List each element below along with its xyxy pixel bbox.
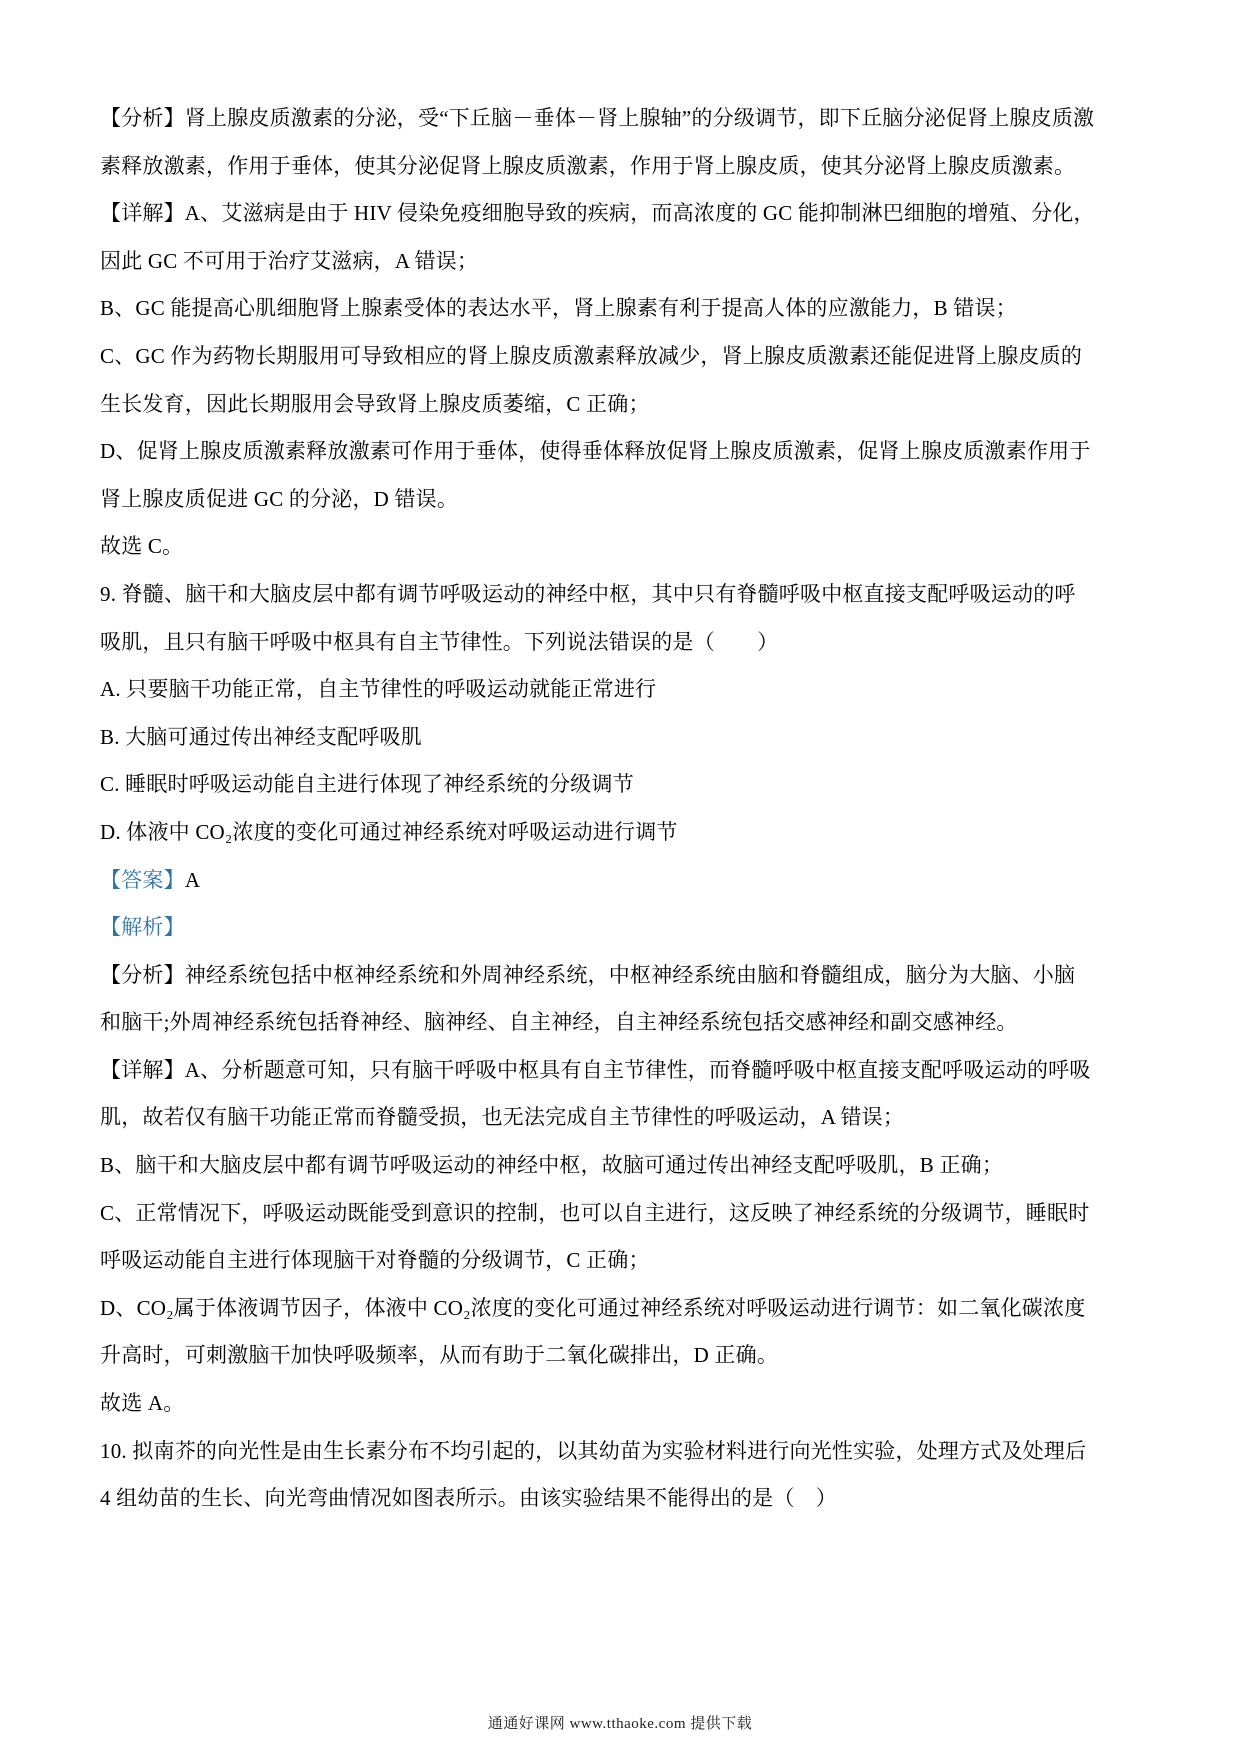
document-body: 【分析】肾上腺皮质激素的分泌，受“下丘脑－垂体－肾上腺轴”的分级调节，即下丘脑分… <box>100 95 1160 1523</box>
document-line: D. 体液中 CO₂浓度的变化可通过神经系统对呼吸运动进行调节 <box>100 809 1160 857</box>
document-line: B、脑干和大脑皮层中都有调节呼吸运动的神经中枢，故脑可通过传出神经支配呼吸肌，B… <box>100 1142 1160 1190</box>
document-line: 呼吸运动能自主进行体现脑干对脊髓的分级调节，C 正确； <box>100 1237 1160 1285</box>
line-text: 肾上腺皮质促进 GC 的分泌，D 错误。 <box>100 487 458 511</box>
document-line: 【答案】A <box>100 857 1160 905</box>
document-line: 【解析】 <box>100 904 1160 952</box>
line-text: D、促肾上腺皮质激素释放激素可作用于垂体，使得垂体释放促肾上腺皮质激素，促肾上腺… <box>100 439 1091 463</box>
line-text: B、脑干和大脑皮层中都有调节呼吸运动的神经中枢，故脑可通过传出神经支配呼吸肌，B… <box>100 1153 1003 1177</box>
document-line: 肌，故若仅有脑干功能正常而脊髓受损，也无法完成自主节律性的呼吸运动，A 错误； <box>100 1094 1160 1142</box>
document-line: 故选 C。 <box>100 523 1160 571</box>
line-text: A <box>185 868 200 892</box>
line-text: 和脑干;外周神经系统包括脊神经、脑神经、自主神经，自主神经系统包括交感神经和副交… <box>100 1010 1018 1034</box>
document-line: 素释放激素，作用于垂体，使其分泌促肾上腺皮质激素，作用于肾上腺皮质，使其分泌肾上… <box>100 143 1160 191</box>
line-text: C. 睡眠时呼吸运动能自主进行体现了神经系统的分级调节 <box>100 772 634 796</box>
line-text: 【详解】A、艾滋病是由于 HIV 侵染免疫细胞导致的疾病，而高浓度的 GC 能抑… <box>100 201 1095 225</box>
line-text: D、CO₂属于体液调节因子，体液中 CO₂浓度的变化可通过神经系统对呼吸运动进行… <box>100 1296 1085 1320</box>
document-line: 【详解】A、艾滋病是由于 HIV 侵染免疫细胞导致的疾病，而高浓度的 GC 能抑… <box>100 190 1160 238</box>
line-text: 9. 脊髓、脑干和大脑皮层中都有调节呼吸运动的神经中枢，其中只有脊髓呼吸中枢直接… <box>100 582 1076 606</box>
document-line: B、GC 能提高心肌细胞肾上腺素受体的表达水平，肾上腺素有利于提高人体的应激能力… <box>100 285 1160 333</box>
answer-label: 【答案】 <box>100 868 185 892</box>
line-text: 故选 C。 <box>100 534 183 558</box>
document-line: D、CO₂属于体液调节因子，体液中 CO₂浓度的变化可通过神经系统对呼吸运动进行… <box>100 1285 1160 1333</box>
line-text: B. 大脑可通过传出神经支配呼吸肌 <box>100 725 422 749</box>
line-text: 【分析】肾上腺皮质激素的分泌，受“下丘脑－垂体－肾上腺轴”的分级调节，即下丘脑分… <box>100 106 1094 130</box>
line-text: B、GC 能提高心肌细胞肾上腺素受体的表达水平，肾上腺素有利于提高人体的应激能力… <box>100 296 1017 320</box>
document-line: C、GC 作为药物长期服用可导致相应的肾上腺皮质激素释放减少，肾上腺皮质激素还能… <box>100 333 1160 381</box>
document-line: 【详解】A、分析题意可知，只有脑干呼吸中枢具有自主节律性，而脊髓呼吸中枢直接支配… <box>100 1047 1160 1095</box>
line-text: 【分析】神经系统包括中枢神经系统和外周神经系统，中枢神经系统由脑和脊髓组成，脑分… <box>100 963 1075 987</box>
document-line: D、促肾上腺皮质激素释放激素可作用于垂体，使得垂体释放促肾上腺皮质激素，促肾上腺… <box>100 428 1160 476</box>
document-line: C. 睡眠时呼吸运动能自主进行体现了神经系统的分级调节 <box>100 761 1160 809</box>
document-line: 肾上腺皮质促进 GC 的分泌，D 错误。 <box>100 476 1160 524</box>
document-line: 【分析】肾上腺皮质激素的分泌，受“下丘脑－垂体－肾上腺轴”的分级调节，即下丘脑分… <box>100 95 1160 143</box>
line-text: 生长发育，因此长期服用会导致肾上腺皮质萎缩，C 正确； <box>100 392 650 416</box>
line-text: 素释放激素，作用于垂体，使其分泌促肾上腺皮质激素，作用于肾上腺皮质，使其分泌肾上… <box>100 154 1075 178</box>
line-text: D. 体液中 CO₂浓度的变化可通过神经系统对呼吸运动进行调节 <box>100 820 678 844</box>
line-text: 【详解】A、分析题意可知，只有脑干呼吸中枢具有自主节律性，而脊髓呼吸中枢直接支配… <box>100 1058 1091 1082</box>
line-text: C、正常情况下，呼吸运动既能受到意识的控制，也可以自主进行，这反映了神经系统的分… <box>100 1201 1089 1225</box>
line-text: 吸肌，且只有脑干呼吸中枢具有自主节律性。下列说法错误的是（ ） <box>100 630 778 654</box>
document-line: 升高时，可刺激脑干加快呼吸频率，从而有助于二氧化碳排出，D 正确。 <box>100 1332 1160 1380</box>
document-line: 9. 脊髓、脑干和大脑皮层中都有调节呼吸运动的神经中枢，其中只有脊髓呼吸中枢直接… <box>100 571 1160 619</box>
document-line: 故选 A。 <box>100 1380 1160 1428</box>
document-line: C、正常情况下，呼吸运动既能受到意识的控制，也可以自主进行，这反映了神经系统的分… <box>100 1190 1160 1238</box>
line-text: 升高时，可刺激脑干加快呼吸频率，从而有助于二氧化碳排出，D 正确。 <box>100 1343 778 1367</box>
document-line: 10. 拟南芥的向光性是由生长素分布不均引起的，以其幼苗为实验材料进行向光性实验… <box>100 1428 1160 1476</box>
document-line: 生长发育，因此长期服用会导致肾上腺皮质萎缩，C 正确； <box>100 381 1160 429</box>
document-line: 【分析】神经系统包括中枢神经系统和外周神经系统，中枢神经系统由脑和脊髓组成，脑分… <box>100 952 1160 1000</box>
page-footer: 通通好课网 www.tthaoke.com 提供下载 <box>0 1712 1240 1733</box>
document-page: 【分析】肾上腺皮质激素的分泌，受“下丘脑－垂体－肾上腺轴”的分级调节，即下丘脑分… <box>0 0 1240 1754</box>
line-text: C、GC 作为药物长期服用可导致相应的肾上腺皮质激素释放减少，肾上腺皮质激素还能… <box>100 344 1082 368</box>
answer-label: 【解析】 <box>100 915 185 939</box>
line-text: 故选 A。 <box>100 1391 184 1415</box>
line-text: A. 只要脑干功能正常，自主节律性的呼吸运动就能正常进行 <box>100 677 656 701</box>
document-line: B. 大脑可通过传出神经支配呼吸肌 <box>100 714 1160 762</box>
document-line: 因此 GC 不可用于治疗艾滋病，A 错误； <box>100 238 1160 286</box>
line-text: 肌，故若仅有脑干功能正常而脊髓受损，也无法完成自主节律性的呼吸运动，A 错误； <box>100 1105 904 1129</box>
document-line: 和脑干;外周神经系统包括脊神经、脑神经、自主神经，自主神经系统包括交感神经和副交… <box>100 999 1160 1047</box>
document-line: A. 只要脑干功能正常，自主节律性的呼吸运动就能正常进行 <box>100 666 1160 714</box>
document-line: 吸肌，且只有脑干呼吸中枢具有自主节律性。下列说法错误的是（ ） <box>100 619 1160 667</box>
line-text: 10. 拟南芥的向光性是由生长素分布不均引起的，以其幼苗为实验材料进行向光性实验… <box>100 1439 1086 1463</box>
line-text: 4 组幼苗的生长、向光弯曲情况如图表所示。由该实验结果不能得出的是（ ） <box>100 1486 837 1510</box>
line-text: 因此 GC 不可用于治疗艾滋病，A 错误； <box>100 249 478 273</box>
document-line: 4 组幼苗的生长、向光弯曲情况如图表所示。由该实验结果不能得出的是（ ） <box>100 1475 1160 1523</box>
line-text: 呼吸运动能自主进行体现脑干对脊髓的分级调节，C 正确； <box>100 1248 650 1272</box>
